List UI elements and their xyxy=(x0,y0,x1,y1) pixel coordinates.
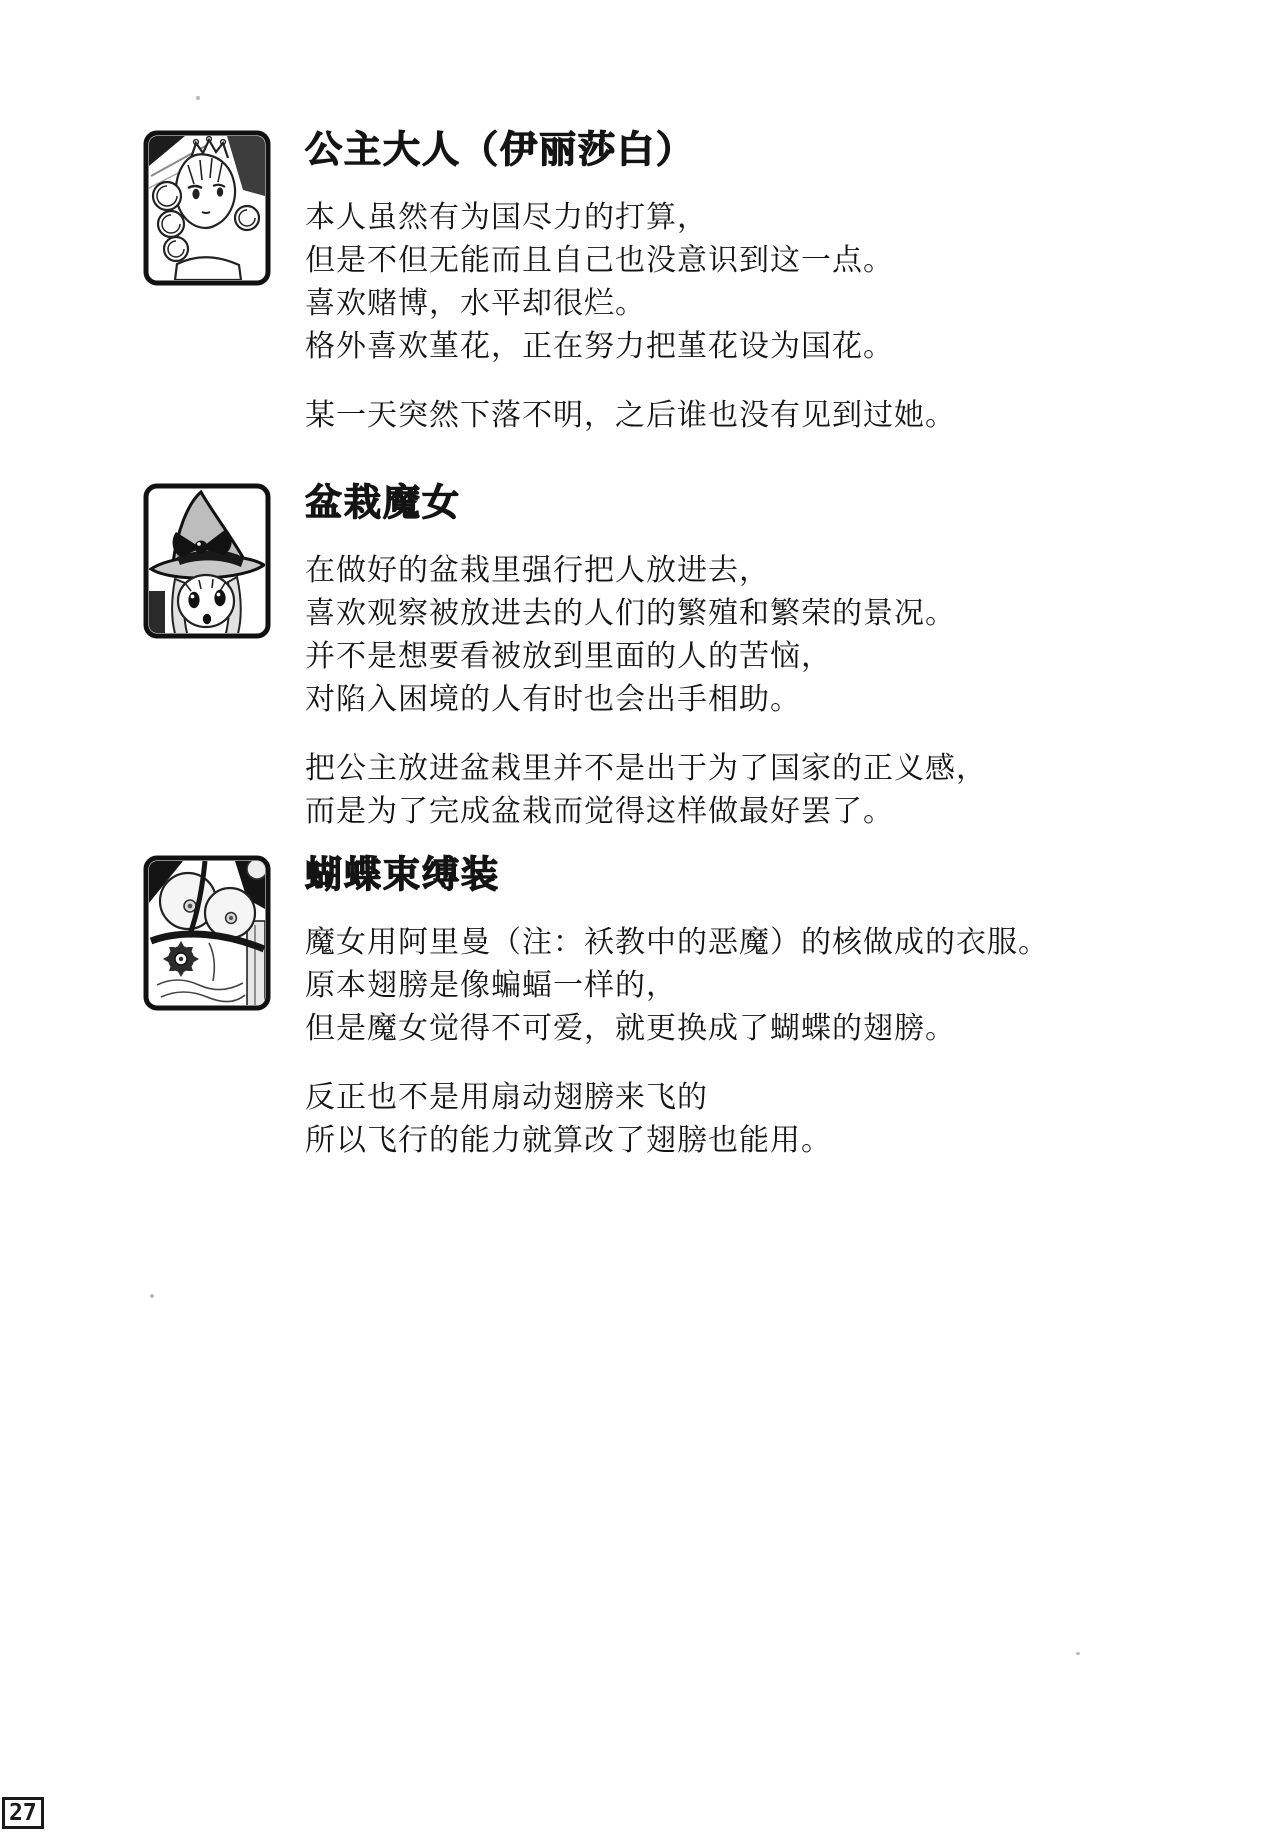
text-line: 喜欢观察被放进去的人们的繁殖和繁荣的景况。 xyxy=(305,592,1220,635)
text-line: 本人虽然有为国尽力的打算， xyxy=(305,196,1220,239)
text-line: 喜欢赌博，水平却很烂。 xyxy=(305,282,1220,325)
outfit-thumbnail xyxy=(143,855,271,1011)
text-line: 在做好的盆栽里强行把人放进去， xyxy=(305,549,1220,592)
princess-thumbnail xyxy=(143,130,271,286)
text-line: 魔女用阿里曼（注：袄教中的恶魔）的核做成的衣服。 xyxy=(305,921,1220,964)
paragraph: 把公主放进盆栽里并不是出于为了国家的正义感， 而是为了完成盆栽而觉得这样做最好罢… xyxy=(305,747,1220,833)
section-princess-text: 公主大人（伊丽莎白） 本人虽然有为国尽力的打算， 但是不但无能而且自己也没意识到… xyxy=(305,128,1280,437)
text-line: 但是不但无能而且自己也没意识到这一点。 xyxy=(305,239,1220,282)
paragraph: 魔女用阿里曼（注：袄教中的恶魔）的核做成的衣服。 原本翅膀是像蝙蝠一样的， 但是… xyxy=(305,921,1220,1050)
page-number-badge: 27 xyxy=(2,1797,44,1829)
section-outfit: 蝴蝶束缚装 魔女用阿里曼（注：袄教中的恶魔）的核做成的衣服。 原本翅膀是像蝙蝠一… xyxy=(0,853,1280,1162)
paragraph: 本人虽然有为国尽力的打算， 但是不但无能而且自己也没意识到这一点。 喜欢赌博，水… xyxy=(305,196,1220,368)
witch-portrait-icon xyxy=(143,483,271,639)
scan-speck xyxy=(150,1294,154,1298)
text-line: 原本翅膀是像蝙蝠一样的， xyxy=(305,964,1220,1007)
section-princess: 公主大人（伊丽莎白） 本人虽然有为国尽力的打算， 但是不但无能而且自己也没意识到… xyxy=(0,128,1280,437)
section-witch-text: 盆栽魔女 在做好的盆栽里强行把人放进去， 喜欢观察被放进去的人们的繁殖和繁荣的景… xyxy=(305,481,1280,833)
witch-thumbnail xyxy=(143,483,271,639)
text-line: 而是为了完成盆栽而觉得这样做最好罢了。 xyxy=(305,790,1220,833)
scan-speck xyxy=(196,96,200,100)
paragraph: 反正也不是用扇动翅膀来飞的 所以飞行的能力就算改了翅膀也能用。 xyxy=(305,1076,1220,1162)
text-line: 并不是想要看被放到里面的人的苦恼， xyxy=(305,635,1220,678)
butterfly-outfit-icon xyxy=(143,855,271,1011)
section-witch: 盆栽魔女 在做好的盆栽里强行把人放进去， 喜欢观察被放进去的人们的繁殖和繁荣的景… xyxy=(0,481,1280,833)
scanned-document-page: 公主大人（伊丽莎白） 本人虽然有为国尽力的打算， 但是不但无能而且自己也没意识到… xyxy=(0,0,1280,1834)
section-title: 蝴蝶束缚装 xyxy=(305,853,1220,897)
text-line: 对陷入困境的人有时也会出手相助。 xyxy=(305,678,1220,721)
text-line: 某一天突然下落不明，之后谁也没有见到过她。 xyxy=(305,394,1220,437)
section-title: 公主大人（伊丽莎白） xyxy=(305,128,1220,172)
text-line: 但是魔女觉得不可爱，就更换成了蝴蝶的翅膀。 xyxy=(305,1007,1220,1050)
text-line: 所以飞行的能力就算改了翅膀也能用。 xyxy=(305,1119,1220,1162)
paragraph: 某一天突然下落不明，之后谁也没有见到过她。 xyxy=(305,394,1220,437)
text-line: 格外喜欢堇花，正在努力把堇花设为国花。 xyxy=(305,325,1220,368)
princess-portrait-icon xyxy=(143,130,271,286)
text-line: 把公主放进盆栽里并不是出于为了国家的正义感， xyxy=(305,747,1220,790)
section-title: 盆栽魔女 xyxy=(305,481,1220,525)
paragraph: 在做好的盆栽里强行把人放进去， 喜欢观察被放进去的人们的繁殖和繁荣的景况。 并不… xyxy=(305,549,1220,721)
section-outfit-text: 蝴蝶束缚装 魔女用阿里曼（注：袄教中的恶魔）的核做成的衣服。 原本翅膀是像蝙蝠一… xyxy=(305,853,1280,1162)
text-line: 反正也不是用扇动翅膀来飞的 xyxy=(305,1076,1220,1119)
scan-speck xyxy=(1076,1652,1080,1655)
